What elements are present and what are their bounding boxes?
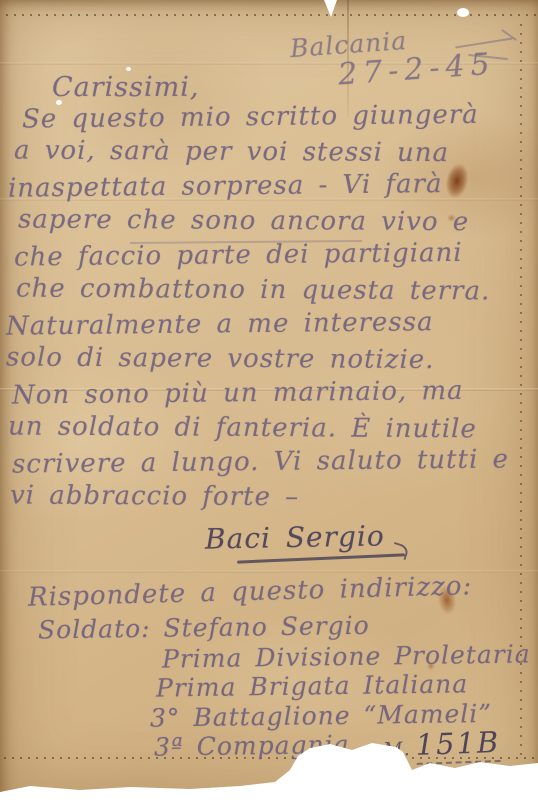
body-line: Se questo mio scritto giungerà: [22, 97, 509, 137]
body-line: vi abbraccio forte –: [10, 478, 509, 516]
body-line: scrivere a lungo. Vi saluto tutti e: [12, 442, 509, 482]
body-line: Non sono più un marinaio, ma: [12, 373, 509, 413]
address-line: Prima Brigata Italiana: [156, 668, 531, 703]
reply-heading: Rispondete a questo indirizzo:: [28, 571, 473, 613]
body-line: un soldato di fanteria. È inutile: [8, 409, 509, 447]
paper-hole: [126, 67, 131, 71]
signature: Baci Sergio: [205, 519, 385, 555]
body-line: che combattono in questa terra.: [16, 271, 509, 309]
letter-paper: Balcania 27-2-45 Carissimi, Se questo mi…: [0, 0, 538, 800]
body-line: inaspettata sorpresa - Vi farà: [8, 166, 509, 206]
body-line: solo di sapere vostre notizie.: [6, 340, 509, 378]
body-line: Naturalmente a me interessa: [6, 304, 509, 344]
body-line: sapere che sono ancora vivo e: [18, 202, 509, 239]
paper-hole: [457, 8, 469, 17]
matricola-value: 151B: [415, 725, 501, 765]
body-line: a voi, sarà per voi stessi una: [14, 133, 509, 171]
signature-flourish: [390, 542, 410, 560]
salutation: Carissimi,: [52, 72, 199, 103]
signature-underline: [237, 553, 405, 563]
matricola-number: M. 151B: [382, 725, 500, 763]
letter-body: Se questo mio scritto giungerà a voi, sa…: [6, 100, 509, 514]
matricola-prefix: M.: [383, 738, 411, 761]
